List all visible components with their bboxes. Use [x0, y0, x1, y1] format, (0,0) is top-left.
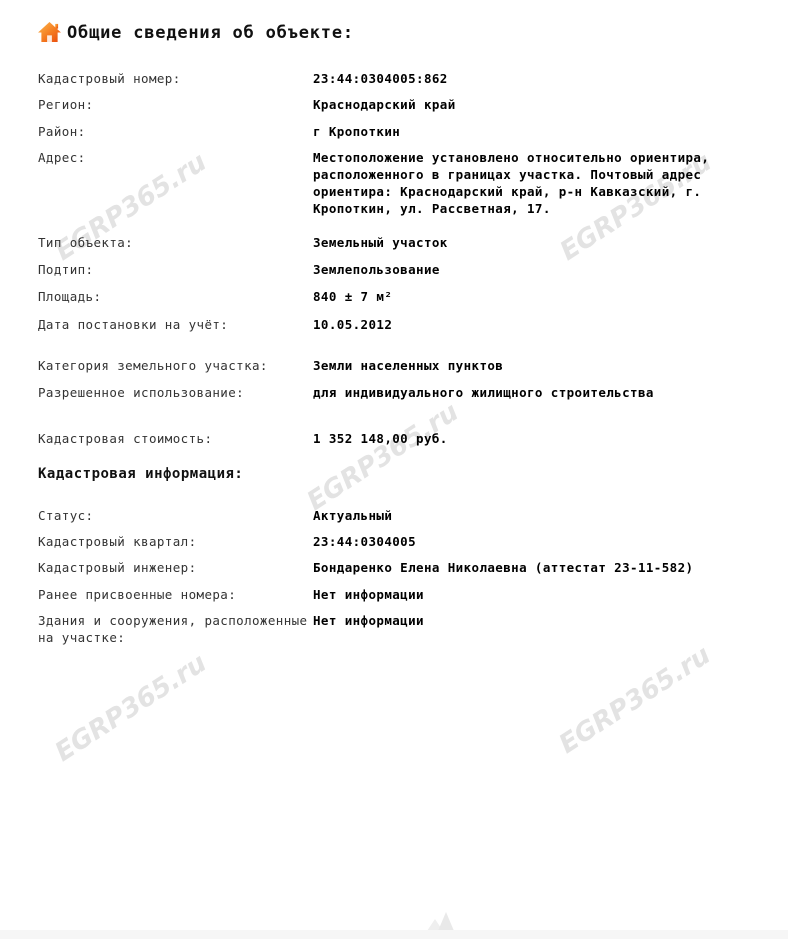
row-label: Площадь:	[38, 288, 310, 305]
row-value: Земли населенных пунктов	[313, 357, 763, 374]
row-label: Кадастровый номер:	[38, 70, 310, 87]
row-label: Кадастровая стоимость:	[38, 430, 310, 447]
watermark: EGRP365.ru	[50, 648, 212, 768]
row-label: Здания и сооружения, расположенные на уч…	[38, 612, 310, 646]
row-label: Ранее присвоенные номера:	[38, 586, 310, 603]
watermark: EGRP365.ru	[554, 640, 716, 760]
cadastral-info-page: EGRP365.ru EGRP365.ru EGRP365.ru EGRP365…	[0, 0, 788, 939]
row-label: Район:	[38, 123, 310, 140]
row-value: Землепользование	[313, 261, 763, 278]
row-value: Актуальный	[313, 507, 763, 524]
row-value: Нет информации	[313, 612, 763, 629]
row-value: 10.05.2012	[313, 316, 763, 333]
footer-logo-peak-icon	[438, 912, 454, 931]
row-value: 23:44:0304005:862	[313, 70, 763, 87]
row-label: Подтип:	[38, 261, 310, 278]
row-label: Разрешенное использование:	[38, 384, 310, 401]
row-value: Бондаренко Елена Николаевна (аттестат 23…	[313, 559, 763, 576]
row-label: Дата постановки на учёт:	[38, 316, 310, 333]
footer-divider	[0, 930, 788, 939]
page-title: Общие сведения об объекте:	[38, 22, 354, 43]
row-value: 23:44:0304005	[313, 533, 763, 550]
page-title-text: Общие сведения об объекте:	[67, 23, 354, 43]
home-icon	[38, 22, 61, 43]
row-label: Кадастровый инженер:	[38, 559, 310, 576]
row-label: Адрес:	[38, 149, 310, 166]
row-value: Нет информации	[313, 586, 763, 603]
section-title-cadastral-info: Кадастровая информация:	[38, 466, 243, 482]
watermark: EGRP365.ru	[302, 397, 464, 517]
row-label: Регион:	[38, 96, 310, 113]
row-value: Краснодарский край	[313, 96, 763, 113]
row-value: 840 ± 7 м²	[313, 288, 763, 305]
row-label: Кадастровый квартал:	[38, 533, 310, 550]
row-value: Земельный участок	[313, 234, 763, 251]
row-label: Статус:	[38, 507, 310, 524]
row-value: для индивидуального жилищного строительс…	[313, 384, 763, 401]
row-label: Категория земельного участка:	[38, 357, 310, 374]
row-value: г Кропоткин	[313, 123, 763, 140]
row-label: Тип объекта:	[38, 234, 310, 251]
row-value: Местоположение установлено относительно …	[313, 149, 763, 217]
row-value: 1 352 148,00 руб.	[313, 430, 763, 447]
